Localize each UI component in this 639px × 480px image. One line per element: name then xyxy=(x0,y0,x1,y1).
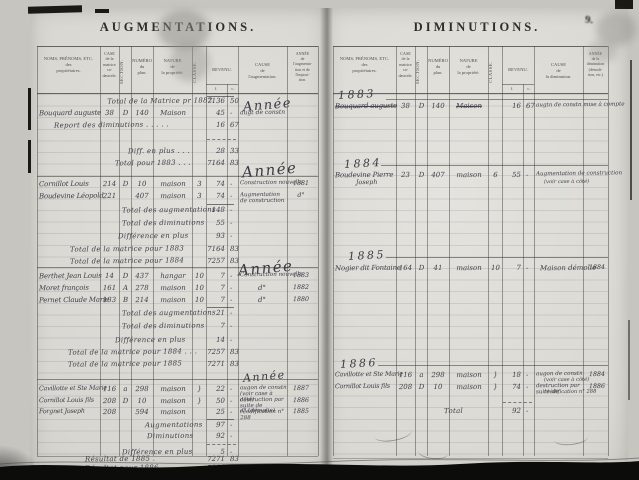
col-header-noms: NOMS, PRÉNOMS, ETC. des propriétaires. xyxy=(37,56,100,74)
total-label: Report des diminutions . . . . . xyxy=(54,120,169,129)
page-gutter-shadow xyxy=(320,8,333,470)
section-letter: D xyxy=(120,397,131,405)
property-nature: Maison xyxy=(154,109,192,117)
col-header-numero: NUMÉRO du plan. xyxy=(427,58,449,76)
section-letter: D xyxy=(416,383,427,391)
revenu-francs: 74 xyxy=(204,192,225,200)
revenu-centimes: - xyxy=(230,180,240,188)
revenu-francs: 7 xyxy=(500,264,521,272)
col-subheader-centimes: c. xyxy=(524,86,534,92)
section-letter: D xyxy=(416,171,427,179)
property-nature: maison xyxy=(450,383,488,391)
revenu-francs: 16 xyxy=(204,121,225,129)
revenu-centimes: - xyxy=(230,309,240,317)
revenu-francs: 21 xyxy=(204,309,225,317)
section-letter: a xyxy=(416,371,427,379)
page-edge-mark xyxy=(628,320,630,400)
plan-number: 298 xyxy=(428,371,448,379)
property-nature: maison xyxy=(450,371,488,379)
case-number: 208 xyxy=(101,397,118,405)
revenu-centimes: 67 xyxy=(230,121,240,129)
total-label: Diminutions xyxy=(147,432,194,440)
revenu-francs: 74 xyxy=(204,180,225,188)
ledger-row: Cavillotte et Ste Marie 116 a 298 maison… xyxy=(30,385,326,397)
case-number: 164 xyxy=(397,264,414,272)
case-number: 116 xyxy=(101,385,118,393)
year-note: 1883 xyxy=(288,272,314,279)
revenu-francs: 55 xyxy=(204,219,225,227)
section-line xyxy=(381,165,608,166)
total-label: Total de la matrice pour 1884 . . . xyxy=(68,347,197,356)
revenu-centimes: - xyxy=(230,219,240,227)
property-nature: hangar xyxy=(154,272,192,280)
property-nature: maison xyxy=(154,284,192,292)
year-note: 1882 xyxy=(288,284,314,291)
revenu-centimes: - xyxy=(230,322,240,330)
year-note: 1880 xyxy=(288,296,314,303)
total-label: Total des diminutions xyxy=(122,219,205,228)
col-header-numero: NUMÉRO du plan. xyxy=(131,58,153,76)
owner-name: Cornillot Louis xyxy=(39,180,89,189)
owner-name: Cornillot Louis fils xyxy=(39,397,94,405)
ledger-row: Pernet Claude Marie 183 B 214 maison 10 … xyxy=(30,296,326,308)
section-line xyxy=(386,99,608,100)
col-header-cause: CAUSE de l'augmentation. xyxy=(238,62,287,80)
ledger-line: Différence en plus 14 - xyxy=(30,336,326,348)
owner-name: Bouquard auguste xyxy=(39,109,101,118)
property-nature: maison xyxy=(154,192,192,200)
property-nature: maison xyxy=(450,264,488,272)
table-header-top-line xyxy=(333,46,608,47)
case-number: 116 xyxy=(397,371,414,379)
plan-number: 407 xyxy=(132,192,152,200)
cause-note: Construction nouvelle xyxy=(240,272,287,279)
year-heading: 1886 xyxy=(340,356,379,371)
total-label: Total xyxy=(444,407,463,415)
cause-note: Construction nouvelle xyxy=(240,180,287,187)
year-heading: 1884 xyxy=(344,156,383,171)
section-line xyxy=(378,365,608,366)
cause-note-line2: (voir case à côté) xyxy=(544,179,589,185)
case-number: 38 xyxy=(397,102,414,110)
case-number: 221 xyxy=(101,192,118,200)
year-note: 1884 xyxy=(584,371,610,378)
revenu-subheader-line xyxy=(206,84,238,85)
revenu-centimes: - xyxy=(230,336,240,344)
revenu-francs: 7136 xyxy=(204,97,225,105)
plan-number: 10 xyxy=(428,383,448,391)
pen-squiggle xyxy=(207,139,236,140)
ledger-row: Boudevine Pierre Joseph 23 D 407 maison … xyxy=(326,171,628,183)
col-header-section: SECTION. xyxy=(119,53,131,91)
revenu-centimes: - xyxy=(230,408,240,416)
total-label: Diff. en plus . . . xyxy=(128,147,190,156)
ink-mark xyxy=(95,9,109,13)
plan-number: 41 xyxy=(428,264,448,272)
revenu-francs: 92 xyxy=(204,432,225,440)
revenu-subheader-line xyxy=(502,84,534,85)
ledger-line: Différence en plus 93 - xyxy=(30,232,326,244)
revenu-francs: 92 xyxy=(500,407,521,415)
owner-name: Cornillot Louis fils xyxy=(335,383,390,391)
revenu-centimes: 83 xyxy=(230,348,240,356)
cause-note: augt de constn xyxy=(240,109,285,116)
revenu-centimes: - xyxy=(526,171,536,179)
plan-number: 298 xyxy=(132,385,152,393)
revenu-francs: 7164 xyxy=(204,245,225,253)
year-note: 1886 xyxy=(288,397,314,404)
revenu-centimes: - xyxy=(526,264,536,272)
ledger-row: Bouquard auguste 38 D 140 Maison 45 - au… xyxy=(30,109,326,121)
year-heading: 1885 xyxy=(348,248,387,263)
revenu-francs: 45 xyxy=(204,109,225,117)
cause-note: d° xyxy=(258,296,266,304)
ledger-line: Total de la matrice pour 1883 7164 83 xyxy=(30,245,326,257)
plan-number: 140 xyxy=(132,109,152,117)
plan-number: 214 xyxy=(132,296,152,304)
revenu-centimes: - xyxy=(526,407,536,415)
revenu-centimes: - xyxy=(230,206,240,214)
page-number-stamp: 9. xyxy=(584,14,593,27)
ledger-row: Bouquard auguste 38 D 140 Maison 16 67 a… xyxy=(326,102,628,114)
ink-mark xyxy=(28,5,82,13)
page-edge-mark xyxy=(28,140,31,173)
total-label: Total de la matrice pour 1883 xyxy=(70,244,184,253)
ledger-row: Forgnet Joseph 208 594 maison 25 - d° (d… xyxy=(30,408,326,420)
ledger-row: Moret françois 161 A 278 maison 10 7 - d… xyxy=(30,284,326,296)
case-number: 161 xyxy=(101,284,118,292)
col-header-case: CASE de la matrice ca- dastrale. xyxy=(396,51,415,78)
year-note: 1886 xyxy=(584,383,610,390)
plan-number: 407 xyxy=(428,171,448,179)
cause-note: d° (démolie) xyxy=(240,408,287,415)
owner-name: Nogier dit Fontaine xyxy=(335,264,401,273)
ledger-line: Diminutions 92 - xyxy=(30,432,326,444)
revenu-centimes: - xyxy=(526,383,536,391)
revenu-francs: 7257 xyxy=(204,348,225,356)
revenu-centimes: 67 xyxy=(526,102,536,110)
total-label: Total de la matrice pour 1885 xyxy=(68,359,182,368)
revenu-centimes: 33 xyxy=(230,147,240,155)
total-label: Total des diminutions xyxy=(122,322,205,331)
owner-name: Pernet Claude Marie xyxy=(39,296,109,305)
revenu-francs: 25 xyxy=(204,408,225,416)
stamp-smudge xyxy=(170,42,210,82)
section-letter: D xyxy=(120,109,131,117)
cause-note: d° xyxy=(258,284,266,292)
case-number: 208 xyxy=(101,408,118,416)
year-note: 1887 xyxy=(288,385,314,392)
owner-name: Moret françois xyxy=(39,284,89,293)
stamp-smudge xyxy=(588,40,618,62)
total-label: Total de la matrice pour 1884 xyxy=(70,256,184,265)
plan-number: 10 xyxy=(132,397,152,405)
total-label: Total pour 1883 . . . xyxy=(115,159,191,168)
section-letter: A xyxy=(120,284,131,292)
pen-squiggle xyxy=(207,444,236,445)
revenu-francs: 7164 xyxy=(204,159,225,167)
ledger-line: Total de la matrice pour 1884 . . . 7257… xyxy=(30,348,326,360)
section-letter: D xyxy=(120,180,131,188)
case-number: 183 xyxy=(101,296,118,304)
revenu-centimes: - xyxy=(230,232,240,240)
ledger-row: Berthet Jean Louis 14 D 437 hangar 10 7 … xyxy=(30,272,326,284)
total-label: Augmentations xyxy=(145,421,203,430)
revenu-francs: 7271 xyxy=(204,360,225,368)
book-bottom-edge xyxy=(0,450,639,480)
revenu-francs: 14 xyxy=(204,336,225,344)
page-diminutions: DIMINUTIONS. NOMS, PRÉNOMS, ETC. des pro… xyxy=(326,8,628,470)
page-edge-mark xyxy=(28,88,31,130)
ledger-row: Cornillot Louis fils 208 D 10 maison } 7… xyxy=(326,383,628,395)
revenu-francs: 18 xyxy=(500,371,521,379)
total-label: Différence en plus xyxy=(115,336,186,345)
revenu-francs: 16 xyxy=(500,102,521,110)
year-note: 1885 xyxy=(288,408,314,415)
revenu-francs: 22 xyxy=(204,385,225,393)
owner-name: Bouquard auguste xyxy=(335,102,397,111)
revenu-centimes: 83 xyxy=(230,159,240,167)
plan-number: 10 xyxy=(132,180,152,188)
revenu-francs: 93 xyxy=(204,232,225,240)
col-subheader-francs: f. xyxy=(502,86,522,92)
ledger-line: Total des augmentations 21 - xyxy=(30,309,326,321)
owner-name: Cavillotte et Ste Marie xyxy=(335,371,403,379)
owner-name: Berthet Jean Louis xyxy=(39,272,102,281)
case-number: 214 xyxy=(101,180,118,188)
section-letter: D xyxy=(416,264,427,272)
owner-name: Boudevine Pierre xyxy=(335,171,393,180)
revenu-francs: 97 xyxy=(204,421,225,429)
cause-note: Augmentation de construction xyxy=(240,192,287,205)
ink-mark xyxy=(615,0,633,9)
revenu-centimes: - xyxy=(230,296,240,304)
cause-note: augtn de constn mise à compte xyxy=(536,102,625,109)
revenu-francs: 7 xyxy=(204,272,225,280)
col-header-annee: ANNÉE de l'augmenta- tion et de l'imposi… xyxy=(287,51,318,82)
revenu-centimes: - xyxy=(230,192,240,200)
ledger-row: Boudevine Léopold 221 407 maison 3 74 - … xyxy=(30,192,326,204)
revenu-francs: 148 xyxy=(204,206,225,214)
revenu-centimes: 83 xyxy=(230,360,240,368)
property-nature: maison xyxy=(154,296,192,304)
property-nature: maison xyxy=(154,397,192,405)
col-header-case: CASE de la matrice ca- dastrale. xyxy=(100,51,119,78)
revenu-francs: 7257 xyxy=(204,257,225,265)
revenu-francs: 7 xyxy=(204,284,225,292)
property-nature: maison xyxy=(154,180,192,188)
property-nature: Maison xyxy=(450,102,488,110)
section-letter: a xyxy=(120,385,131,393)
page-title-diminutions: DIMINUTIONS. xyxy=(326,20,628,35)
year-note: 1881 xyxy=(288,180,314,187)
revenu-francs: 55 xyxy=(500,171,521,179)
plan-number: 278 xyxy=(132,284,152,292)
plan-number: 594 xyxy=(132,408,152,416)
case-number: 38 xyxy=(101,109,118,117)
total-label: Différence en plus xyxy=(118,232,189,241)
revenu-centimes: - xyxy=(230,109,240,117)
year-heading: 1883 xyxy=(338,87,377,102)
revenu-francs: 7 xyxy=(204,322,225,330)
col-header-revenu: REVENU. xyxy=(206,67,238,73)
section-letter: D xyxy=(416,102,427,110)
col-header-section: SECTION. xyxy=(415,53,427,91)
revenu-francs: 50 xyxy=(204,397,225,405)
section-line xyxy=(386,257,608,258)
revenu-centimes: - xyxy=(230,421,240,429)
owner-name: Cavillotte et Ste Marie xyxy=(39,385,107,393)
revenu-francs: 7 xyxy=(204,296,225,304)
owner-name: Boudevine Léopold xyxy=(39,192,104,201)
col-subheader-centimes: c. xyxy=(228,86,238,92)
section-letter: D xyxy=(120,272,131,280)
plan-number: 140 xyxy=(428,102,448,110)
ledger-line: Total 92 - xyxy=(326,407,628,419)
col-subheader-francs: f. xyxy=(206,86,226,92)
col-header-noms: NOMS, PRÉNOMS, ETC. des propriétaires. xyxy=(333,56,396,74)
year-note: 1884 xyxy=(584,264,610,271)
ledger-line: Diff. en plus . . . 28 33 xyxy=(30,147,326,159)
pen-squiggle xyxy=(503,402,532,403)
col-header-revenu: REVENU. xyxy=(502,67,534,73)
ledger-row: Cavillotte et Ste Marie 116 a 298 maison… xyxy=(326,371,628,383)
revenu-centimes: - xyxy=(230,432,240,440)
ledger-line: Report des diminutions . . . . . 16 67 xyxy=(30,121,326,133)
property-nature: maison xyxy=(154,385,192,393)
ledger-line: Total des diminutions 7 - xyxy=(30,322,326,334)
revenu-francs: 28 xyxy=(204,147,225,155)
revenu-centimes: - xyxy=(230,397,240,405)
col-header-nature: NATURE de la propriété. xyxy=(449,58,488,76)
revenu-centimes: - xyxy=(526,371,536,379)
revenu-centimes: 50 xyxy=(230,97,240,105)
revenu-centimes: - xyxy=(230,272,240,280)
revenu-centimes: - xyxy=(230,284,240,292)
year-note: d° xyxy=(288,192,314,199)
ledger-row: Cornillot Louis 214 D 10 maison 3 74 - C… xyxy=(30,180,326,192)
ledger-line: Total des diminutions 55 - xyxy=(30,219,326,231)
owner-name: Forgnet Joseph xyxy=(39,408,85,415)
owner-name-line2: Joseph xyxy=(356,179,377,186)
revenu-centimes: 83 xyxy=(230,245,240,253)
col-header-classe: CLASSE. xyxy=(488,53,502,91)
ledger-row: Nogier dit Fontaine 164 D 41 maison 10 7… xyxy=(326,264,628,276)
case-number: 23 xyxy=(397,171,414,179)
revenu-centimes: - xyxy=(230,385,240,393)
scanned-ledger-spread: AUGMENTATIONS. NOMS, PRÉNOMS, ETC. des p… xyxy=(0,0,639,480)
total-label: Total des augmentations xyxy=(122,206,216,215)
case-number: 14 xyxy=(101,272,118,280)
property-nature: maison xyxy=(450,171,488,179)
section-letter: B xyxy=(120,296,131,304)
col-header-cause: CAUSE de la diminution. xyxy=(534,62,583,80)
plan-number: 437 xyxy=(132,272,152,280)
cause-note: Augmentation de construction xyxy=(536,171,583,178)
revenu-francs: 74 xyxy=(500,383,521,391)
total-label: Total des augmentations xyxy=(122,309,216,318)
page-edge-mark xyxy=(630,60,632,200)
ledger-line: Total des augmentations 148 - xyxy=(30,206,326,218)
property-nature: maison xyxy=(154,408,192,416)
case-number: 208 xyxy=(397,383,414,391)
